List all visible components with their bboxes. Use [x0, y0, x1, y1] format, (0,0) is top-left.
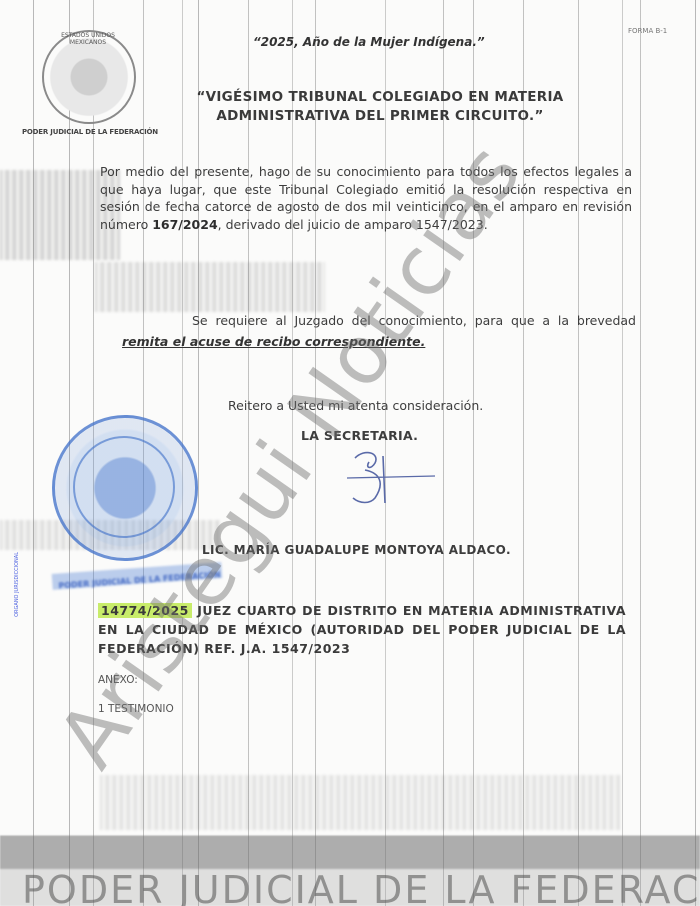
seal-text: ESTADOS UNIDOS MEXICANOS: [50, 32, 126, 46]
scan-smudge: [100, 775, 620, 830]
form-code: FORMA B-1: [628, 27, 667, 35]
court-title-line2: ADMINISTRATIVA DEL PRIMER CIRCUITO.”: [170, 107, 590, 126]
side-note: ORGANO JURISDICCIONAL: [14, 552, 20, 617]
notification-paragraph: Por medio del presente, hago de su conoc…: [100, 163, 632, 233]
court-title: “VIGÉSIMO TRIBUNAL COLEGIADO EN MATERIA …: [170, 88, 590, 126]
institution-label: PODER JUDICIAL DE LA FEDERACIÓN: [22, 128, 158, 136]
year-motto: “2025, Año de la Mujer Indígena.”: [253, 35, 485, 49]
document-page: ESTADOS UNIDOS MEXICANOS PODER JUDICIAL …: [0, 0, 700, 906]
scan-smudge: [95, 262, 325, 312]
stamp-eagle-icon: [73, 436, 175, 538]
court-title-line1: “VIGÉSIMO TRIBUNAL COLEGIADO EN MATERIA: [170, 88, 590, 107]
footer-text: PODER JUDICIAL DE LA FEDERACIÓN: [22, 868, 700, 906]
signature-icon: [335, 448, 445, 508]
case-number: 167/2024: [152, 217, 217, 232]
